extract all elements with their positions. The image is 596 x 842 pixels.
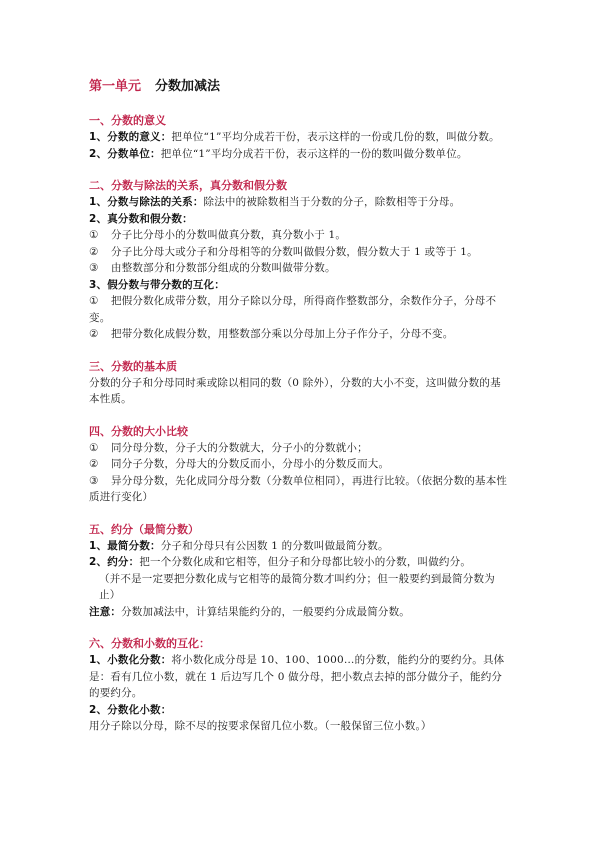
item-term: 注意：: [89, 606, 121, 618]
item-text: 把假分数化成带分数，用分子除以分母，所得商作整数部分，余数作分子，分母不变。: [89, 295, 496, 324]
item-marker: ②: [89, 244, 111, 261]
item-number: 2、: [89, 704, 107, 716]
term-label: 小数化分数：: [107, 654, 171, 666]
list-item: 1、最简分数：分子和分母只有公因数 1 的分数叫做最简分数。: [89, 538, 509, 555]
item-marker: ②: [89, 326, 111, 343]
item-term: 2、真分数和假分数：: [89, 213, 193, 225]
item-text: 除法中的被除数相当于分数的分子，除数相等于分母。: [204, 196, 461, 208]
term-label: 约分：: [107, 556, 139, 568]
item-text: 把带分数化成假分数，用整数部分乘以分母加上分子作分子，分母不变。: [111, 328, 453, 340]
list-item: ②同分子分数，分母大的分数反而小，分母小的分数反而大。: [89, 456, 509, 473]
section-heading: 一、分数的意义: [89, 113, 509, 129]
term-label: 假分数与带分数的互化：: [107, 279, 225, 291]
sections-container: 一、分数的意义1、分数的意义：把单位“1”平均分成若干份，表示这样的一份或几份的…: [89, 113, 509, 735]
document-page: 第一单元分数加减法 一、分数的意义1、分数的意义：把单位“1”平均分成若干份，表…: [89, 78, 509, 751]
item-text: 分子和分母只有公因数 1 的分数叫做最简分数。: [161, 540, 389, 552]
list-item: ①同分母分数，分子大的分数就大，分子小的分数就小；: [89, 440, 509, 457]
item-term: 1、最简分数：: [89, 540, 161, 552]
list-item: 注意：分数加减法中，计算结果能约分的，一般要约分成最简分数。: [89, 604, 509, 621]
list-item: 2、约分：把一个分数化成和它相等，但分子和分母都比较小的分数，叫做约分。: [89, 554, 509, 571]
item-text: 由整数部分和分数部分组成的分数叫做带分数。: [111, 262, 336, 274]
item-text: 用分子除以分母，除不尽的按要求保留几位小数。（一般保留三位小数。）: [89, 720, 432, 732]
term-label: 分数单位：: [107, 148, 161, 160]
term-label: 分数与除法的关系：: [107, 196, 203, 208]
item-number: 3、: [89, 279, 107, 291]
list-item: 2、分数单位：把单位“1”平均分成若干份，表示这样的一份的数叫做分数单位。: [89, 146, 509, 163]
item-marker: ②: [89, 456, 111, 473]
item-number: 1、: [89, 196, 107, 208]
unit-label: 第一单元: [89, 79, 141, 94]
term-label: 真分数和假分数：: [107, 213, 193, 225]
item-term: 1、小数化分数：: [89, 654, 171, 666]
item-marker: ③: [89, 473, 111, 490]
item-marker: ①: [89, 227, 111, 244]
section: 五、约分（最简分数）1、最简分数：分子和分母只有公因数 1 的分数叫做最简分数。…: [89, 522, 509, 621]
item-term: 2、分数单位：: [89, 148, 161, 160]
unit-topic: 分数加减法: [155, 79, 220, 94]
item-text: 同分母分数，分子大的分数就大，分子小的分数就小；: [111, 442, 368, 454]
item-text: 把一个分数化成和它相等，但分子和分母都比较小的分数，叫做约分。: [139, 556, 471, 568]
section-heading: 五、约分（最简分数）: [89, 522, 509, 538]
list-item: （并不是一定要把分数化成与它相等的最简分数才叫约分；但一般要约到最简分数为止）: [89, 571, 509, 604]
section: 一、分数的意义1、分数的意义：把单位“1”平均分成若干份，表示这样的一份或几份的…: [89, 113, 509, 162]
section-heading: 二、分数与除法的关系，真分数和假分数: [89, 178, 509, 194]
item-marker: ①: [89, 440, 111, 457]
item-term: 2、约分：: [89, 556, 139, 568]
item-term: 2、分数化小数：: [89, 704, 171, 716]
list-item: 1、小数化分数：将小数化成分母是 10、100、1000…的分数，能约分的要约分…: [89, 652, 509, 702]
list-item: 2、真分数和假分数：: [89, 211, 509, 228]
section-heading: 三、分数的基本质: [89, 359, 509, 375]
term-label: 最简分数：: [107, 540, 161, 552]
list-item: 1、分数的意义：把单位“1”平均分成若干份，表示这样的一份或几份的数，叫做分数。: [89, 129, 509, 146]
item-term: 3、假分数与带分数的互化：: [89, 279, 225, 291]
item-text: 把单位“1”平均分成若干份，表示这样的一份或几份的数，叫做分数。: [171, 131, 499, 143]
item-text: （并不是一定要把分数化成与它相等的最简分数才叫约分；但一般要约到最简分数为止）: [99, 573, 495, 602]
item-number: 2、: [89, 213, 107, 225]
list-item: 分数的分子和分母同时乘或除以相同的数（0 除外），分数的大小不变，这叫做分数的基…: [89, 375, 509, 408]
item-number: 1、: [89, 131, 107, 143]
item-text: 同分子分数，分母大的分数反而小，分母小的分数反而大。: [111, 458, 389, 470]
list-item: ③异分母分数，先化成同分母分数（分数单位相同），再进行比较。（依据分数的基本性质…: [89, 473, 509, 506]
item-text: 分子比分母大或分子和分母相等的分数叫做假分数，假分数大于 1 或等于 1。: [111, 246, 478, 258]
item-term: 1、分数的意义：: [89, 131, 171, 143]
list-item: 3、假分数与带分数的互化：: [89, 277, 509, 294]
section-heading: 六、分数和小数的互化：: [89, 636, 509, 652]
item-marker: ③: [89, 260, 111, 277]
item-number: 2、: [89, 148, 107, 160]
item-text: 把单位“1”平均分成若干份，表示这样的一份的数叫做分数单位。: [161, 148, 468, 160]
item-text: 分数加减法中，计算结果能约分的，一般要约分成最简分数。: [121, 606, 410, 618]
term-label: 分数的意义：: [107, 131, 171, 143]
list-item: ①分子比分母小的分数叫做真分数，真分数小于 1。: [89, 227, 509, 244]
list-item: ②把带分数化成假分数，用整数部分乘以分母加上分子作分子，分母不变。: [89, 326, 509, 343]
section: 二、分数与除法的关系，真分数和假分数1、分数与除法的关系：除法中的被除数相当于分…: [89, 178, 509, 343]
section-heading: 四、分数的大小比较: [89, 424, 509, 440]
section: 四、分数的大小比较①同分母分数，分子大的分数就大，分子小的分数就小；②同分子分数…: [89, 424, 509, 506]
list-item: ③由整数部分和分数部分组成的分数叫做带分数。: [89, 260, 509, 277]
item-number: 1、: [89, 540, 107, 552]
item-number: 1、: [89, 654, 107, 666]
item-text: 分子比分母小的分数叫做真分数，真分数小于 1。: [111, 229, 346, 241]
item-text: 分数的分子和分母同时乘或除以相同的数（0 除外），分数的大小不变，这叫做分数的基…: [89, 377, 501, 406]
item-marker: ①: [89, 293, 111, 310]
item-number: 2、: [89, 556, 107, 568]
item-text: 异分母分数，先化成同分母分数（分数单位相同），再进行比较。（依据分数的基本性质进…: [89, 475, 507, 504]
list-item: ②分子比分母大或分子和分母相等的分数叫做假分数，假分数大于 1 或等于 1。: [89, 244, 509, 261]
item-term: 1、分数与除法的关系：: [89, 196, 204, 208]
section: 六、分数和小数的互化：1、小数化分数：将小数化成分母是 10、100、1000……: [89, 636, 509, 735]
term-label: 注意：: [89, 606, 121, 618]
term-label: 分数化小数：: [107, 704, 171, 716]
list-item: 1、分数与除法的关系：除法中的被除数相当于分数的分子，除数相等于分母。: [89, 194, 509, 211]
document-title: 第一单元分数加减法: [89, 78, 509, 96]
section: 三、分数的基本质分数的分子和分母同时乘或除以相同的数（0 除外），分数的大小不变…: [89, 359, 509, 408]
list-item: 2、分数化小数：用分子除以分母，除不尽的按要求保留几位小数。（一般保留三位小数。…: [89, 702, 509, 735]
list-item: ①把假分数化成带分数，用分子除以分母，所得商作整数部分，余数作分子，分母不变。: [89, 293, 509, 326]
